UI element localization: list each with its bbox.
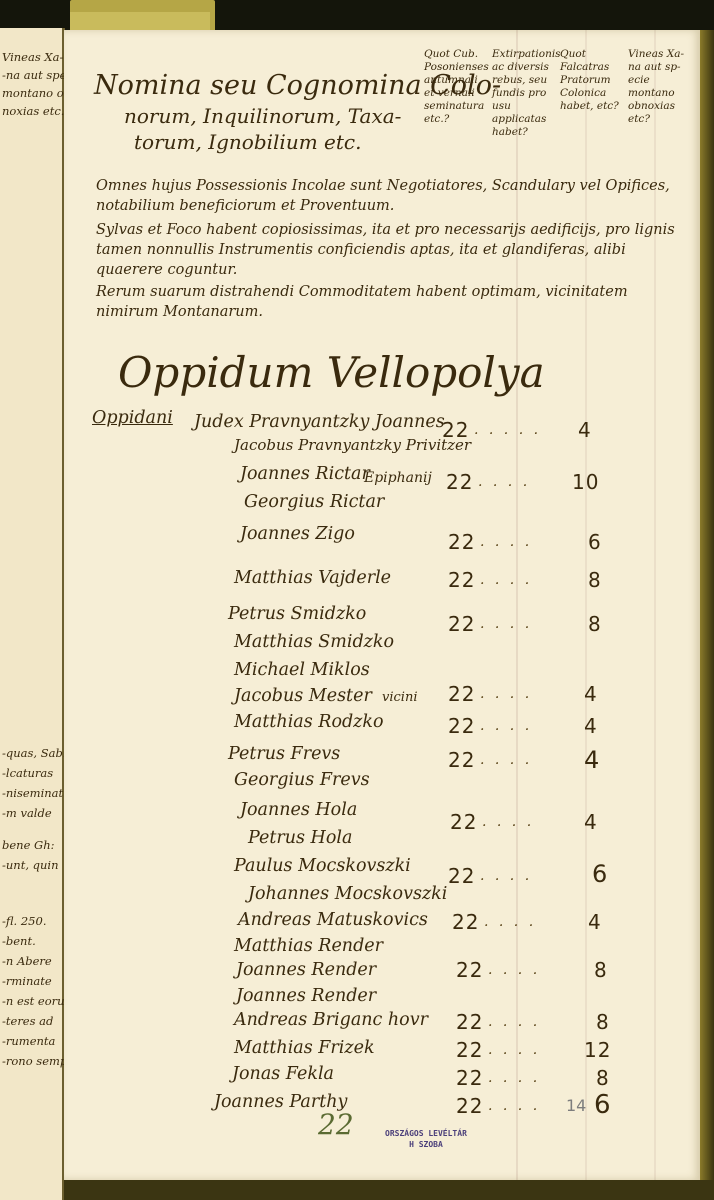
entry-col3: 4 bbox=[584, 714, 598, 738]
entry-col3: 4 bbox=[584, 682, 598, 706]
paper-tab-fold bbox=[70, 12, 210, 32]
entry-name: Andreas Briganc hovr bbox=[234, 1010, 428, 1030]
entry-name: Jonas Fekla bbox=[232, 1064, 334, 1084]
dot-leader: . . . . bbox=[482, 814, 534, 830]
entry-col1: 22 bbox=[446, 470, 473, 494]
entry-name: Joannes Render bbox=[236, 986, 376, 1006]
section-label: Oppidani bbox=[92, 408, 173, 428]
margin-fragment: bene Gh: bbox=[2, 838, 55, 852]
entry-col3: 8 bbox=[596, 1066, 610, 1090]
dot-leader: . . . . bbox=[488, 962, 540, 978]
margin-fragment: noxias etc.? bbox=[2, 104, 71, 118]
margin-fragment: -quas, Sab: bbox=[2, 746, 67, 760]
entry-name: Michael Miklos bbox=[234, 660, 370, 680]
entry-col1: 22 bbox=[448, 714, 475, 738]
entry-name: Johannes Mocskovszki bbox=[248, 884, 447, 904]
dot-leader: . . . . bbox=[480, 572, 532, 588]
dot-leader: . . . . bbox=[480, 868, 532, 884]
entry-col3: 10 bbox=[572, 470, 599, 494]
entry-col3: 8 bbox=[594, 958, 608, 982]
title-line-3: torum, Ignobilium etc. bbox=[134, 130, 361, 154]
entry-name: Jacobus Mester bbox=[234, 686, 372, 706]
entry-col1: 22 bbox=[450, 810, 477, 834]
entry-col3: 6 bbox=[594, 1090, 612, 1120]
entry-name: Petrus Frevs bbox=[228, 744, 340, 764]
entry-name: Joannes Rictar bbox=[240, 464, 370, 484]
margin-fragment: -bent. bbox=[2, 934, 36, 948]
entry-name: Jacobus Pravnyantzky Privitzer bbox=[234, 436, 471, 454]
entry-col1: 22 bbox=[448, 682, 475, 706]
paragraph-sylvae: Sylvas et Foco habent copiosissimas, ita… bbox=[96, 220, 676, 280]
entry-name: Matthias Render bbox=[234, 936, 383, 956]
entry-name: Georgius Rictar bbox=[244, 492, 384, 512]
dot-leader: . . . . bbox=[480, 616, 532, 632]
margin-fragment: -na aut spe- bbox=[2, 68, 70, 82]
entry-col1: 22 bbox=[448, 612, 475, 636]
stamp-line-1: ORSZÁGOS LEVÉLTÁR bbox=[385, 1128, 467, 1139]
entry-col3: 4 bbox=[584, 746, 600, 774]
margin-fragment: -m valde bbox=[2, 806, 52, 820]
entry-name: Paulus Mocskovszki bbox=[234, 856, 411, 876]
section-title: Oppidum Vellopolya bbox=[118, 348, 545, 397]
dot-leader: . . . . bbox=[484, 914, 536, 930]
dot-leader: . . . . bbox=[488, 1098, 540, 1114]
dot-leader: . . . . . bbox=[474, 422, 541, 438]
column-header-vineae: Vineas Xa-na aut sp-ecie montano obnoxia… bbox=[628, 48, 692, 126]
manuscript-page: Nomina seu Cognomina Colo- norum, Inquil… bbox=[64, 30, 700, 1180]
entry-col1: 22 bbox=[448, 530, 475, 554]
entry-col3: 4 bbox=[584, 810, 598, 834]
entry-name: Petrus Hola bbox=[248, 828, 352, 848]
entry-name: Matthias Smidzko bbox=[234, 632, 394, 652]
dot-leader: . . . . bbox=[488, 1042, 540, 1058]
column-header-extirpationes: Extirpationis ac diversis rebus, seu fun… bbox=[492, 48, 556, 139]
column-header-seminatura: Quot Cub. Posonienses antumnali et verna… bbox=[424, 48, 488, 126]
dot-leader: . . . . bbox=[480, 534, 532, 550]
entry-col1: 22 bbox=[456, 958, 483, 982]
margin-fragment: -lcaturas bbox=[2, 766, 53, 780]
book-edge-bottom bbox=[64, 1180, 714, 1200]
entry-col1: 22 bbox=[448, 864, 475, 888]
entry-name: Petrus Smidzko bbox=[228, 604, 366, 624]
entry-name: Matthias Vajderle bbox=[234, 568, 391, 588]
dot-leader: . . . . bbox=[480, 686, 532, 702]
entry-name: Joannes Zigo bbox=[240, 524, 355, 544]
entry-col3: 8 bbox=[596, 1010, 610, 1034]
entry-note: vicini bbox=[382, 690, 417, 705]
paragraph-commoditas: Rerum suarum distrahendi Commoditatem ha… bbox=[96, 282, 676, 322]
entry-col1: 22 bbox=[456, 1010, 483, 1034]
entry-col3: 6 bbox=[592, 860, 608, 888]
entry-col3: 6 bbox=[588, 530, 602, 554]
left-page-margin: Vineas Xa-na -na aut spe- montano ob- no… bbox=[0, 28, 65, 1200]
entry-name: Andreas Matuskovics bbox=[238, 910, 428, 930]
entry-col3: 4 bbox=[588, 910, 602, 934]
dot-leader: . . . . bbox=[480, 718, 532, 734]
margin-fragment: -niseminat bbox=[2, 786, 63, 800]
entry-name: Judex Pravnyantzky Joannes bbox=[194, 412, 445, 432]
margin-fragment: -n Abere bbox=[2, 954, 52, 968]
entry-name: Matthias Rodzko bbox=[234, 712, 384, 732]
archive-stamp: ORSZÁGOS LEVÉLTÁR H SZOBA bbox=[385, 1128, 467, 1150]
dot-leader: . . . . bbox=[488, 1070, 540, 1086]
entry-name: Matthias Frizek bbox=[234, 1038, 375, 1058]
pencil-note: 14 bbox=[566, 1096, 586, 1115]
margin-fragment: -fl. 250. bbox=[2, 914, 46, 928]
column-header-falcatrae: Quot Falcatras Pratorum Colonica habet, … bbox=[560, 48, 624, 113]
title-line-2: norum, Inquilinorum, Taxa- bbox=[124, 104, 401, 128]
entry-col3: 12 bbox=[584, 1038, 611, 1062]
entry-name: Joannes Hola bbox=[240, 800, 357, 820]
dot-leader: . . . . bbox=[480, 752, 532, 768]
entry-name: Joannes Render bbox=[236, 960, 376, 980]
margin-fragment: -unt, quin bbox=[2, 858, 58, 872]
dot-leader: . . . . bbox=[488, 1014, 540, 1030]
entry-name: Georgius Frevs bbox=[234, 770, 370, 790]
entry-col1: 22 bbox=[448, 748, 475, 772]
entry-col3: 4 bbox=[578, 418, 592, 442]
book-edge-right bbox=[700, 30, 714, 1200]
paragraph-incolae: Omnes hujus Possessionis Incolae sunt Ne… bbox=[96, 176, 676, 216]
entry-note: Epiphanij bbox=[364, 470, 432, 486]
entry-col1: 22 bbox=[456, 1066, 483, 1090]
margin-fragment: -rumenta bbox=[2, 1034, 55, 1048]
folio-number: 22 bbox=[318, 1108, 354, 1141]
entry-col1: 22 bbox=[456, 1038, 483, 1062]
margin-fragment: -teres ad bbox=[2, 1014, 53, 1028]
dot-leader: . . . . bbox=[478, 474, 530, 490]
entry-col3: 8 bbox=[588, 612, 602, 636]
stamp-line-2: H SZOBA bbox=[385, 1139, 467, 1150]
entry-col1: 22 bbox=[456, 1094, 483, 1118]
entry-col1: 22 bbox=[448, 568, 475, 592]
entry-col1: 22 bbox=[452, 910, 479, 934]
entry-col3: 8 bbox=[588, 568, 602, 592]
margin-fragment: -rminate bbox=[2, 974, 52, 988]
